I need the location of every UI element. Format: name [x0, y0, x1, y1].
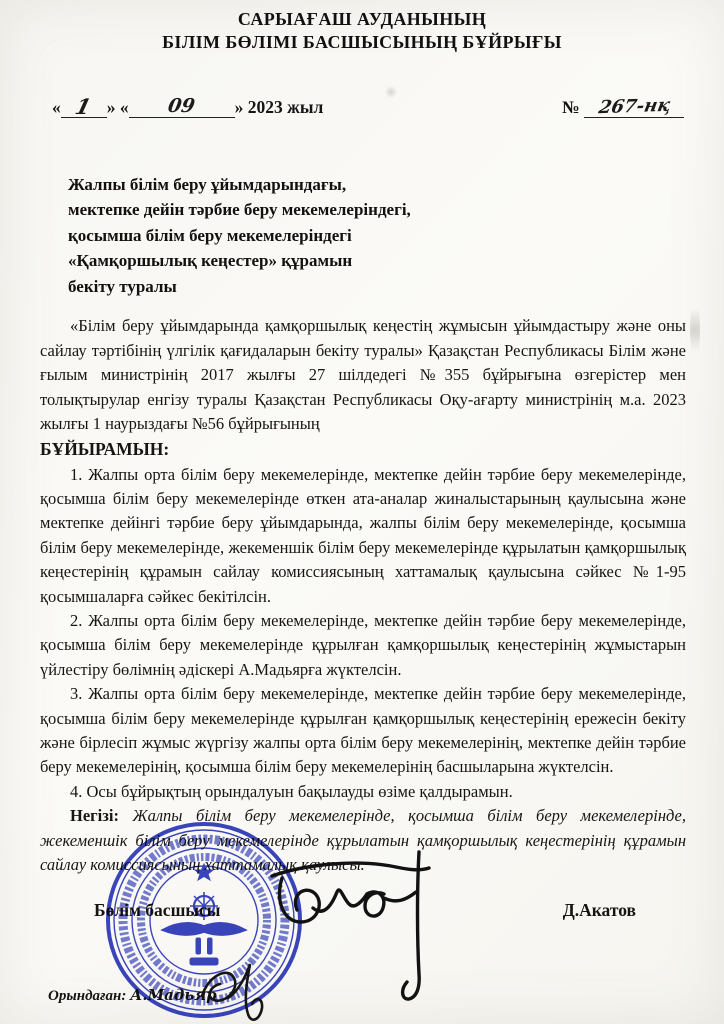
quote-mark: «: [120, 97, 129, 117]
date-year-label: » 2023 жыл: [235, 97, 324, 117]
order-number-field: 267-нқ: [584, 97, 684, 118]
order-number: № 267-нқ: [562, 97, 684, 118]
order-item-3: 3. Жалпы орта білім беру мекемелерінде, …: [40, 682, 686, 780]
basis-paragraph: Негізі: Жалпы білім беру мекемелерінде, …: [40, 804, 686, 877]
quote-mark: «: [52, 97, 61, 117]
order-item-1: 1. Жалпы орта білім беру мекемелерінде, …: [40, 463, 686, 609]
subject-line: «Қамқоршылық кеңестер» құрамын: [68, 248, 684, 274]
order-date: «1» «09» 2023 жыл: [52, 95, 323, 118]
signer-position-title: Бөлім басшысы: [94, 900, 220, 921]
scan-artifact: [690, 300, 700, 360]
scan-artifact: [384, 86, 398, 98]
basis-text: Жалпы білім беру мекемелерінде, қосымша …: [40, 806, 686, 874]
scanned-order-page: САРЫАҒАШ АУДАНЫНЫҢ БІЛІМ БӨЛІМІ БАСШЫСЫН…: [0, 0, 724, 1024]
number-sign: №: [562, 97, 580, 117]
document-title: САРЫАҒАШ АУДАНЫНЫҢ БІЛІМ БӨЛІМІ БАСШЫСЫН…: [0, 0, 724, 55]
subject-line: бекіту туралы: [68, 274, 684, 300]
executor-label: Орындаған:: [48, 988, 126, 1004]
order-item-2: 2. Жалпы орта білім беру мекемелерінде, …: [40, 609, 686, 682]
order-item-4: 4. Осы бұйрықтың орындалуын бақылауды өз…: [40, 780, 686, 804]
quote-mark: »: [107, 97, 116, 117]
date-month-field: 09: [129, 97, 235, 118]
date-day-field: 1: [61, 95, 107, 118]
subject-line: Жалпы білім беру ұйымдарындағы,: [68, 172, 684, 198]
handwritten-day: 1: [73, 96, 93, 118]
subject-line: қосымша білім беру мекемелеріндегі: [68, 223, 684, 249]
document-title-line1: САРЫАҒАШ АУДАНЫНЫҢ: [0, 8, 724, 31]
handwritten-order-number: 267-нқ: [597, 97, 672, 118]
order-keyword: БҰЙЫРАМЫН:: [40, 436, 724, 462]
basis-label: Негізі:: [70, 806, 119, 825]
executor-name: А.Мадьяр: [130, 986, 217, 1004]
date-and-number-row: «1» «09» 2023 жыл № 267-нқ: [52, 95, 684, 118]
subject-line: мектепке дейін тәрбие беру мекемелерінде…: [68, 197, 684, 223]
document-title-line2: БІЛІМ БӨЛІМІ БАСШЫСЫНЫҢ БҰЙРЫҒЫ: [0, 31, 724, 54]
subject-block: Жалпы білім беру ұйымдарындағы, мектепке…: [68, 172, 684, 300]
executor-line: Орындаған: А.Мадьяр: [48, 986, 217, 1005]
signature-row: Бөлім басшысы Д.Акатов: [94, 900, 636, 921]
intro-paragraph: «Білім беру ұйымдарында қамқоршылық кеңе…: [40, 314, 686, 436]
signer-name: Д.Акатов: [563, 900, 636, 921]
handwritten-month: 09: [167, 97, 197, 117]
